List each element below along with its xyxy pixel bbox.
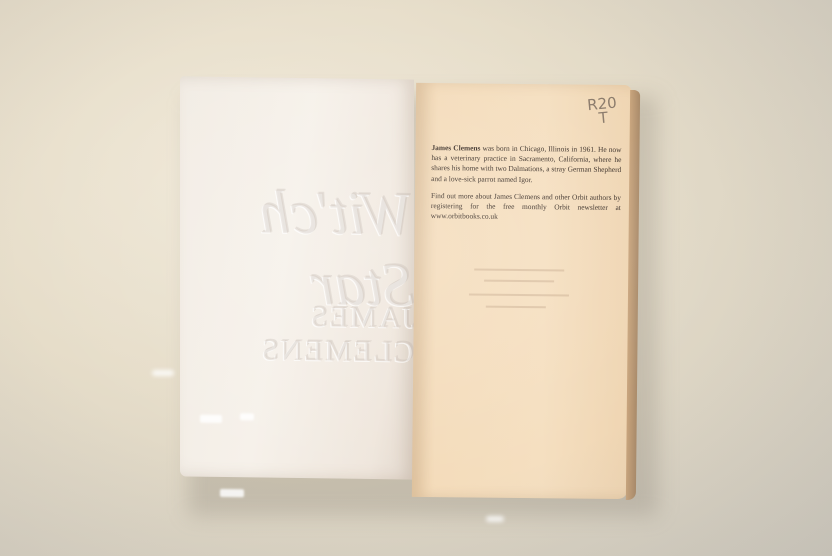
light-glare <box>200 415 222 423</box>
surface-glare <box>152 370 174 376</box>
bio-paragraph-1: James Clemens was born in Chicago, Illin… <box>431 143 621 186</box>
embossed-author: JAMES CLEMENS <box>198 299 414 370</box>
surface-glare <box>486 516 504 522</box>
bleed-through-line <box>474 268 564 271</box>
handwritten-price-note: R20 T <box>587 96 619 127</box>
bleed-through-line <box>486 306 546 309</box>
bleed-through-line <box>469 293 569 296</box>
light-glare <box>240 413 254 420</box>
author-bio: James Clemens was born in Chicago, Illin… <box>431 143 622 230</box>
open-book: Wit'ch Star JAMES CLEMENS R20 T James Cl… <box>176 76 642 506</box>
bleed-through-line <box>484 280 554 283</box>
author-name: James Clemens <box>431 143 480 153</box>
right-page: R20 T James Clemens was born in Chicago,… <box>412 83 632 499</box>
photo-scene: Wit'ch Star JAMES CLEMENS R20 T James Cl… <box>0 0 832 556</box>
bio-paragraph-2: Find out more about James Clemens and ot… <box>431 191 621 224</box>
left-page: Wit'ch Star JAMES CLEMENS <box>180 76 414 479</box>
light-glare <box>220 489 244 497</box>
